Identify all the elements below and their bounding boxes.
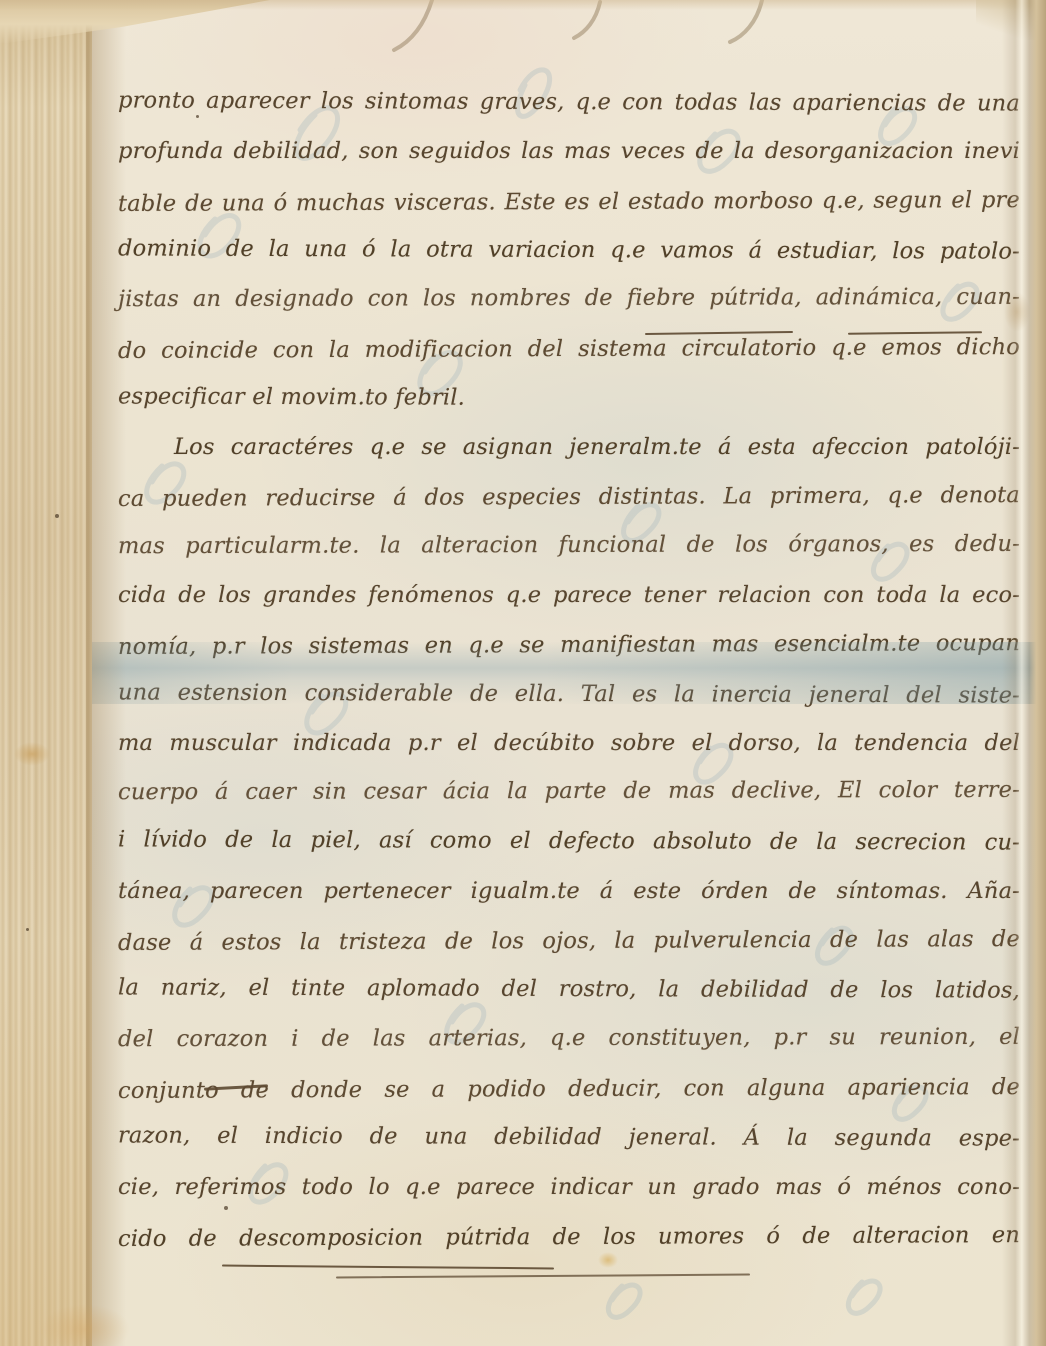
- manuscript-line: profunda debilidad, son seguidos las mas…: [118, 127, 1020, 176]
- stain-spot: [598, 1252, 618, 1268]
- manuscript-line: la nariz, el tinte aplomado del rostro, …: [118, 964, 1020, 1016]
- manuscript-line: cuerpo á caer sin cesar ácia la parte de…: [118, 766, 1020, 818]
- manuscript-line-paragraph-start: Los caractéres q.e se asignan jeneralm.t…: [118, 423, 1020, 472]
- manuscript-line: dase á estos la tristeza de los ojos, la…: [118, 915, 1020, 968]
- manuscript-line: cida de los grandes fenómenos q.e parece…: [118, 571, 1020, 620]
- right-page-curl: [1002, 0, 1046, 1346]
- ink-fleck: [26, 928, 29, 931]
- manuscript-line: especificar el movim.to febril.: [118, 372, 1020, 424]
- ink-fleck: [224, 1206, 228, 1210]
- manuscript-line: jistas an designado con los nombres de f…: [118, 273, 1020, 325]
- manuscript-page: pronto aparecer los sintomas graves, q.e…: [0, 0, 1046, 1346]
- book-gutter-edge: [0, 0, 92, 1346]
- manuscript-line: ca pueden reducirse á dos especies disti…: [118, 471, 1020, 524]
- manuscript-line: cido de descomposicion pútrida de los um…: [118, 1211, 1020, 1264]
- gutter-shadow: [86, 0, 126, 1346]
- manuscript-line: ma muscular indicada p.r el decúbito sob…: [118, 719, 1020, 768]
- manuscript-line: cie, referimos todo lo q.e parece indica…: [118, 1163, 1020, 1212]
- manuscript-line: table de una ó muchas visceras. Este es …: [118, 176, 1020, 229]
- manuscript-line: dominio de la una ó la otra variacion q.…: [118, 224, 1020, 276]
- manuscript-line: pronto aparecer los sintomas graves, q.e…: [118, 76, 1020, 128]
- manuscript-line: conjunto de donde se a podido deducir, c…: [118, 1063, 1020, 1116]
- manuscript-line: tánea, parecen pertenecer igualm.te á es…: [118, 867, 1020, 916]
- ink-fleck: [912, 146, 915, 149]
- stain-spot: [14, 742, 50, 766]
- stain-spot: [1004, 292, 1030, 332]
- manuscript-line: razon, el indicio de una debilidad jener…: [118, 1112, 1020, 1164]
- ink-fleck: [55, 514, 59, 518]
- manuscript-line: mas particularm.te. la alteracion funcio…: [118, 519, 1020, 571]
- top-edge-shading: [0, 0, 1046, 10]
- fold-crease-shading: [0, 642, 1046, 704]
- manuscript-line: del corazon i de las arterias, q.e const…: [118, 1012, 1020, 1064]
- stain-spot: [40, 1304, 130, 1346]
- ink-fleck: [196, 115, 199, 118]
- manuscript-line: i lívido de la piel, así como el defecto…: [118, 816, 1020, 868]
